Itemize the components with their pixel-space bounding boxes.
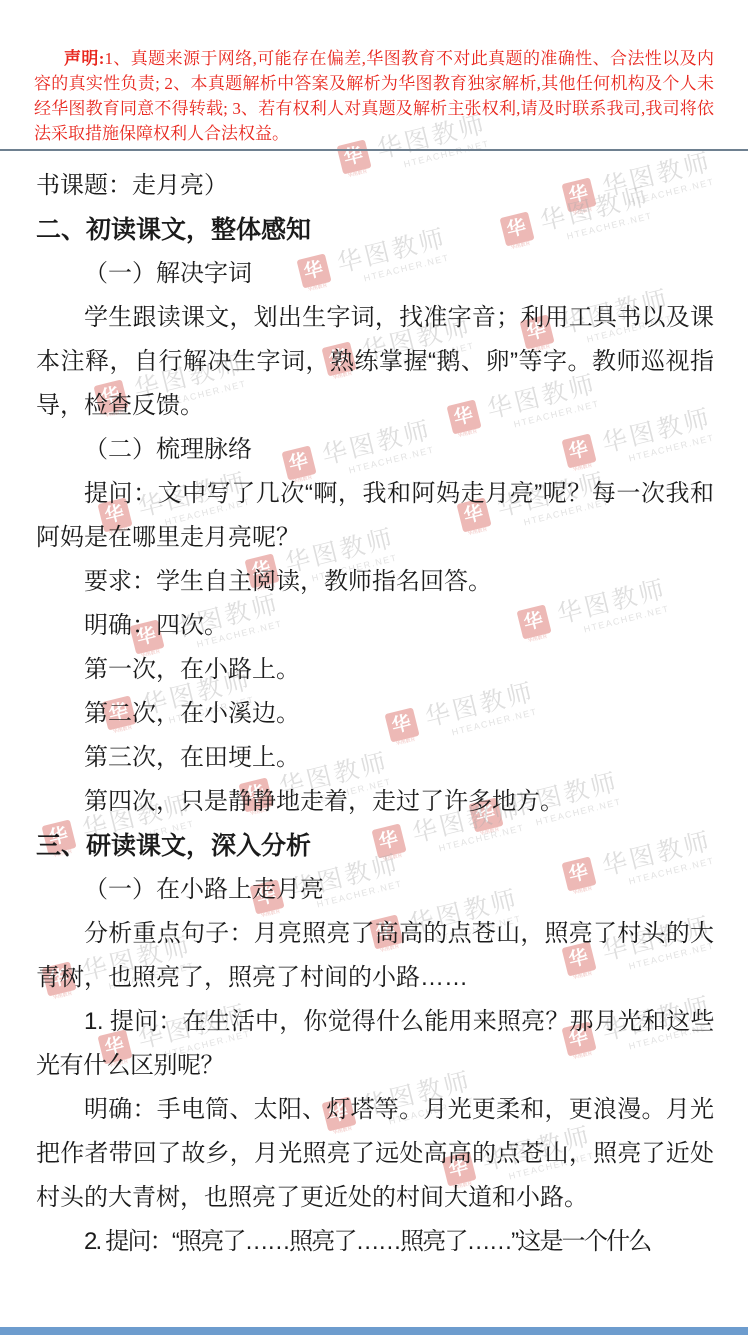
paragraph: 明确：手电筒、太阳、灯塔等。月光更柔和，更浪漫。月光把作者带回了故乡，月光照亮了… (36, 1088, 714, 1220)
disclaimer-body: 1、真题来源于网络,可能存在偏差,华图教育不对此真题的准确性、合法性以及内容的真… (34, 49, 714, 143)
document-body: 书课题：走月亮）二、初读课文，整体感知（一）解决字词学生跟读课文，划出生字词，找… (36, 164, 714, 1264)
paragraph: （二）梳理脉络 (36, 428, 714, 472)
paragraph: 1. 提问：在生活中，你觉得什么能用来照亮？那月光和这些光有什么区别呢？ (36, 1000, 714, 1088)
paragraph: 学生跟读课文，划出生字词，找准字音；利用工具书以及课本注释，自行解决生字词，熟练… (36, 296, 714, 428)
section-heading: 三、研读课文，深入分析 (36, 824, 714, 868)
paragraph: （一）解决字词 (36, 252, 714, 296)
paragraph: （一）在小路上走月亮 (36, 868, 714, 912)
divider-line (0, 149, 748, 151)
paragraph: 书课题：走月亮） (36, 164, 714, 208)
document-page: 华华图教育华图教师HTEACHER.NET华华图教育华图教师HTEACHER.N… (0, 0, 748, 1335)
paragraph: 第三次，在田埂上。 (36, 736, 714, 780)
paragraph: 第一次，在小路上。 (36, 648, 714, 692)
disclaimer-text: 声明:1、真题来源于网络,可能存在偏差,华图教育不对此真题的准确性、合法性以及内… (34, 46, 714, 146)
disclaimer-label: 声明: (64, 49, 104, 68)
bottom-bar (0, 1327, 748, 1335)
paragraph: 第四次，只是静静地走着，走过了许多地方。 (36, 780, 714, 824)
paragraph: 提问：文中写了几次“啊，我和阿妈走月亮”呢？每一次我和阿妈是在哪里走月亮呢？ (36, 472, 714, 560)
paragraph: 分析重点句子：月亮照亮了高高的点苍山，照亮了村头的大青树，也照亮了，照亮了村间的… (36, 912, 714, 1000)
paragraph: 2. 提问：“照亮了……照亮了……照亮了……”这是一个什么 (36, 1220, 714, 1264)
section-heading: 二、初读课文，整体感知 (36, 208, 714, 252)
paragraph: 明确：四次。 (36, 604, 714, 648)
paragraph: 要求：学生自主阅读，教师指名回答。 (36, 560, 714, 604)
paragraph: 第二次，在小溪边。 (36, 692, 714, 736)
